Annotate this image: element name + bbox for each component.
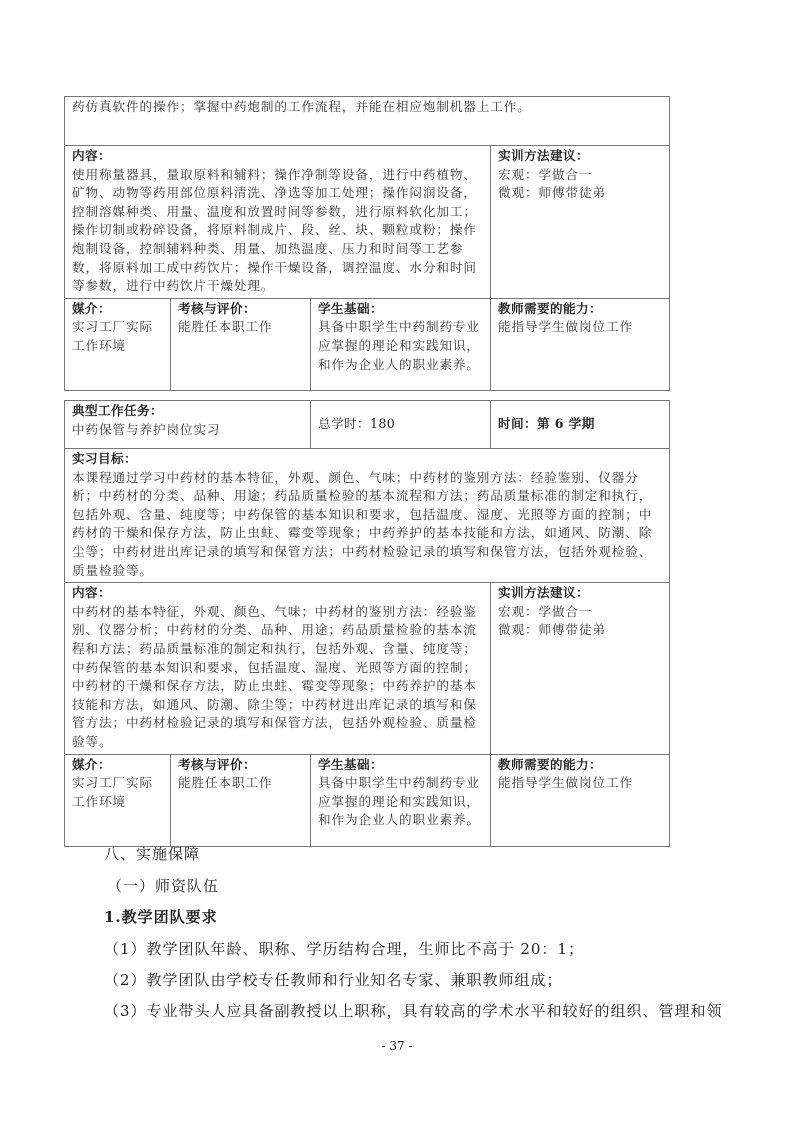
total-hours-cell: 总学时：180 (311, 401, 491, 449)
media-text: 实习工厂实际工作环境 (72, 318, 164, 355)
media-cell: 媒介： 实习工厂实际工作环境 (65, 298, 171, 390)
method-label: 实训方法建议： (498, 147, 663, 166)
task-cell: 典型工作任务： 中药保管与养护岗位实习 (65, 401, 311, 449)
method-label: 实训方法建议： (498, 584, 663, 603)
teacher-ability-text: 能指导学生做岗位工作 (498, 318, 663, 337)
student-basis-cell: 学生基础： 具备中职学生中药制药专业应掌握的理论和实践知识，和作为企业人的职业素… (311, 298, 491, 390)
student-basis-label: 学生基础： (318, 300, 484, 319)
method-macro: 宏观：学做合一 (498, 166, 663, 185)
student-basis-cell: 学生基础： 具备中职学生中药制药专业应掌握的理论和实践知识，和作为企业人的职业素… (311, 754, 491, 846)
goal-cell: 实习目标： 本课程通过学习中药材的基本特征，外观、颜色、气味；中药材的鉴别方法：… (65, 449, 670, 583)
method-cell: 实训方法建议： 宏观：学做合一 微观：师傅带徒弟 (491, 583, 670, 754)
media-cell: 媒介： 实习工厂实际工作环境 (65, 754, 171, 846)
semester-time: 时间：第 6 学期 (498, 415, 663, 434)
content-cell: 内容： 使用称量器具，量取原料和辅料；操作净制等设备，进行中药植物、矿物、动物等… (65, 146, 491, 299)
assessment-label: 考核与评价： (178, 756, 304, 775)
assessment-label: 考核与评价： (178, 300, 304, 319)
method-micro: 微观：师傅带徒弟 (498, 621, 663, 640)
teacher-ability-label: 教师需要的能力： (498, 300, 663, 319)
task-label: 典型工作任务： (72, 402, 304, 421)
media-label: 媒介： (72, 756, 164, 775)
assessment-cell: 考核与评价： 能胜任本职工作 (171, 298, 311, 390)
content-label: 内容： (72, 584, 484, 603)
content-text: 使用称量器具，量取原料和辅料；操作净制等设备，进行中药植物、矿物、动物等药用部位… (72, 166, 484, 296)
method-macro: 宏观：学做合一 (498, 603, 663, 622)
teacher-ability-cell: 教师需要的能力： 能指导学生做岗位工作 (491, 754, 670, 846)
method-micro: 微观：师傅带徒弟 (498, 184, 663, 203)
subsection-heading: （一）师资队伍 (0, 875, 794, 896)
requirement-item-2: （2）教学团队由学校专任教师和行业知名专家、兼职教师组成； (0, 969, 794, 990)
media-label: 媒介： (72, 300, 164, 319)
media-text: 实习工厂实际工作环境 (72, 774, 164, 811)
goal-label: 实习目标： (72, 450, 663, 469)
teacher-ability-cell: 教师需要的能力： 能指导学生做岗位工作 (491, 298, 670, 390)
method-cell: 实训方法建议： 宏观：学做合一 微观：师傅带徒弟 (491, 146, 670, 299)
requirement-item-1: （1）教学团队年龄、职称、学历结构合理，生师比不高于 20：1； (0, 938, 794, 959)
task-text: 中药保管与养护岗位实习 (72, 421, 304, 440)
total-hours: 总学时：180 (318, 415, 484, 434)
page-number: - 37 - (0, 1039, 794, 1053)
content-text: 中药材的基本特征，外观、颜色、气味；中药材的鉴别方法：经验鉴别、仪器分析；中药材… (72, 603, 484, 752)
carryover-text: 药仿真软件的操作；掌握中药炮制的工作流程，并能在相应炮制机器上工作。 (72, 98, 663, 117)
training-table-2: 典型工作任务： 中药保管与养护岗位实习 总学时：180 时间：第 6 学期 实习… (64, 400, 670, 847)
section-heading: 八、实施保障 (0, 843, 794, 864)
time-cell: 时间：第 6 学期 (491, 401, 670, 449)
student-basis-text: 具备中职学生中药制药专业应掌握的理论和实践知识，和作为企业人的职业素养。 (318, 774, 484, 830)
requirement-item-3: （3）专业带头人应具备副教授以上职称，具有较高的学术水平和较好的组织、管理和领 (0, 1000, 794, 1021)
assessment-cell: 考核与评价： 能胜任本职工作 (171, 754, 311, 846)
carryover-cell: 药仿真软件的操作；掌握中药炮制的工作流程，并能在相应炮制机器上工作。 (65, 97, 670, 146)
goal-text: 本课程通过学习中药材的基本特征，外观、颜色、气味；中药材的鉴别方法：经验鉴别、仪… (72, 469, 663, 581)
item-heading: 1.教学团队要求 (0, 906, 794, 927)
teacher-ability-label: 教师需要的能力： (498, 756, 663, 775)
student-basis-text: 具备中职学生中药制药专业应掌握的理论和实践知识，和作为企业人的职业素养。 (318, 318, 484, 374)
student-basis-label: 学生基础： (318, 756, 484, 775)
content-cell: 内容： 中药材的基本特征，外观、颜色、气味；中药材的鉴别方法：经验鉴别、仪器分析… (65, 583, 491, 754)
training-table-1: 药仿真软件的操作；掌握中药炮制的工作流程，并能在相应炮制机器上工作。 内容： 使… (64, 96, 670, 391)
assessment-text: 能胜任本职工作 (178, 774, 304, 793)
teacher-ability-text: 能指导学生做岗位工作 (498, 774, 663, 793)
content-label: 内容： (72, 147, 484, 166)
assessment-text: 能胜任本职工作 (178, 318, 304, 337)
